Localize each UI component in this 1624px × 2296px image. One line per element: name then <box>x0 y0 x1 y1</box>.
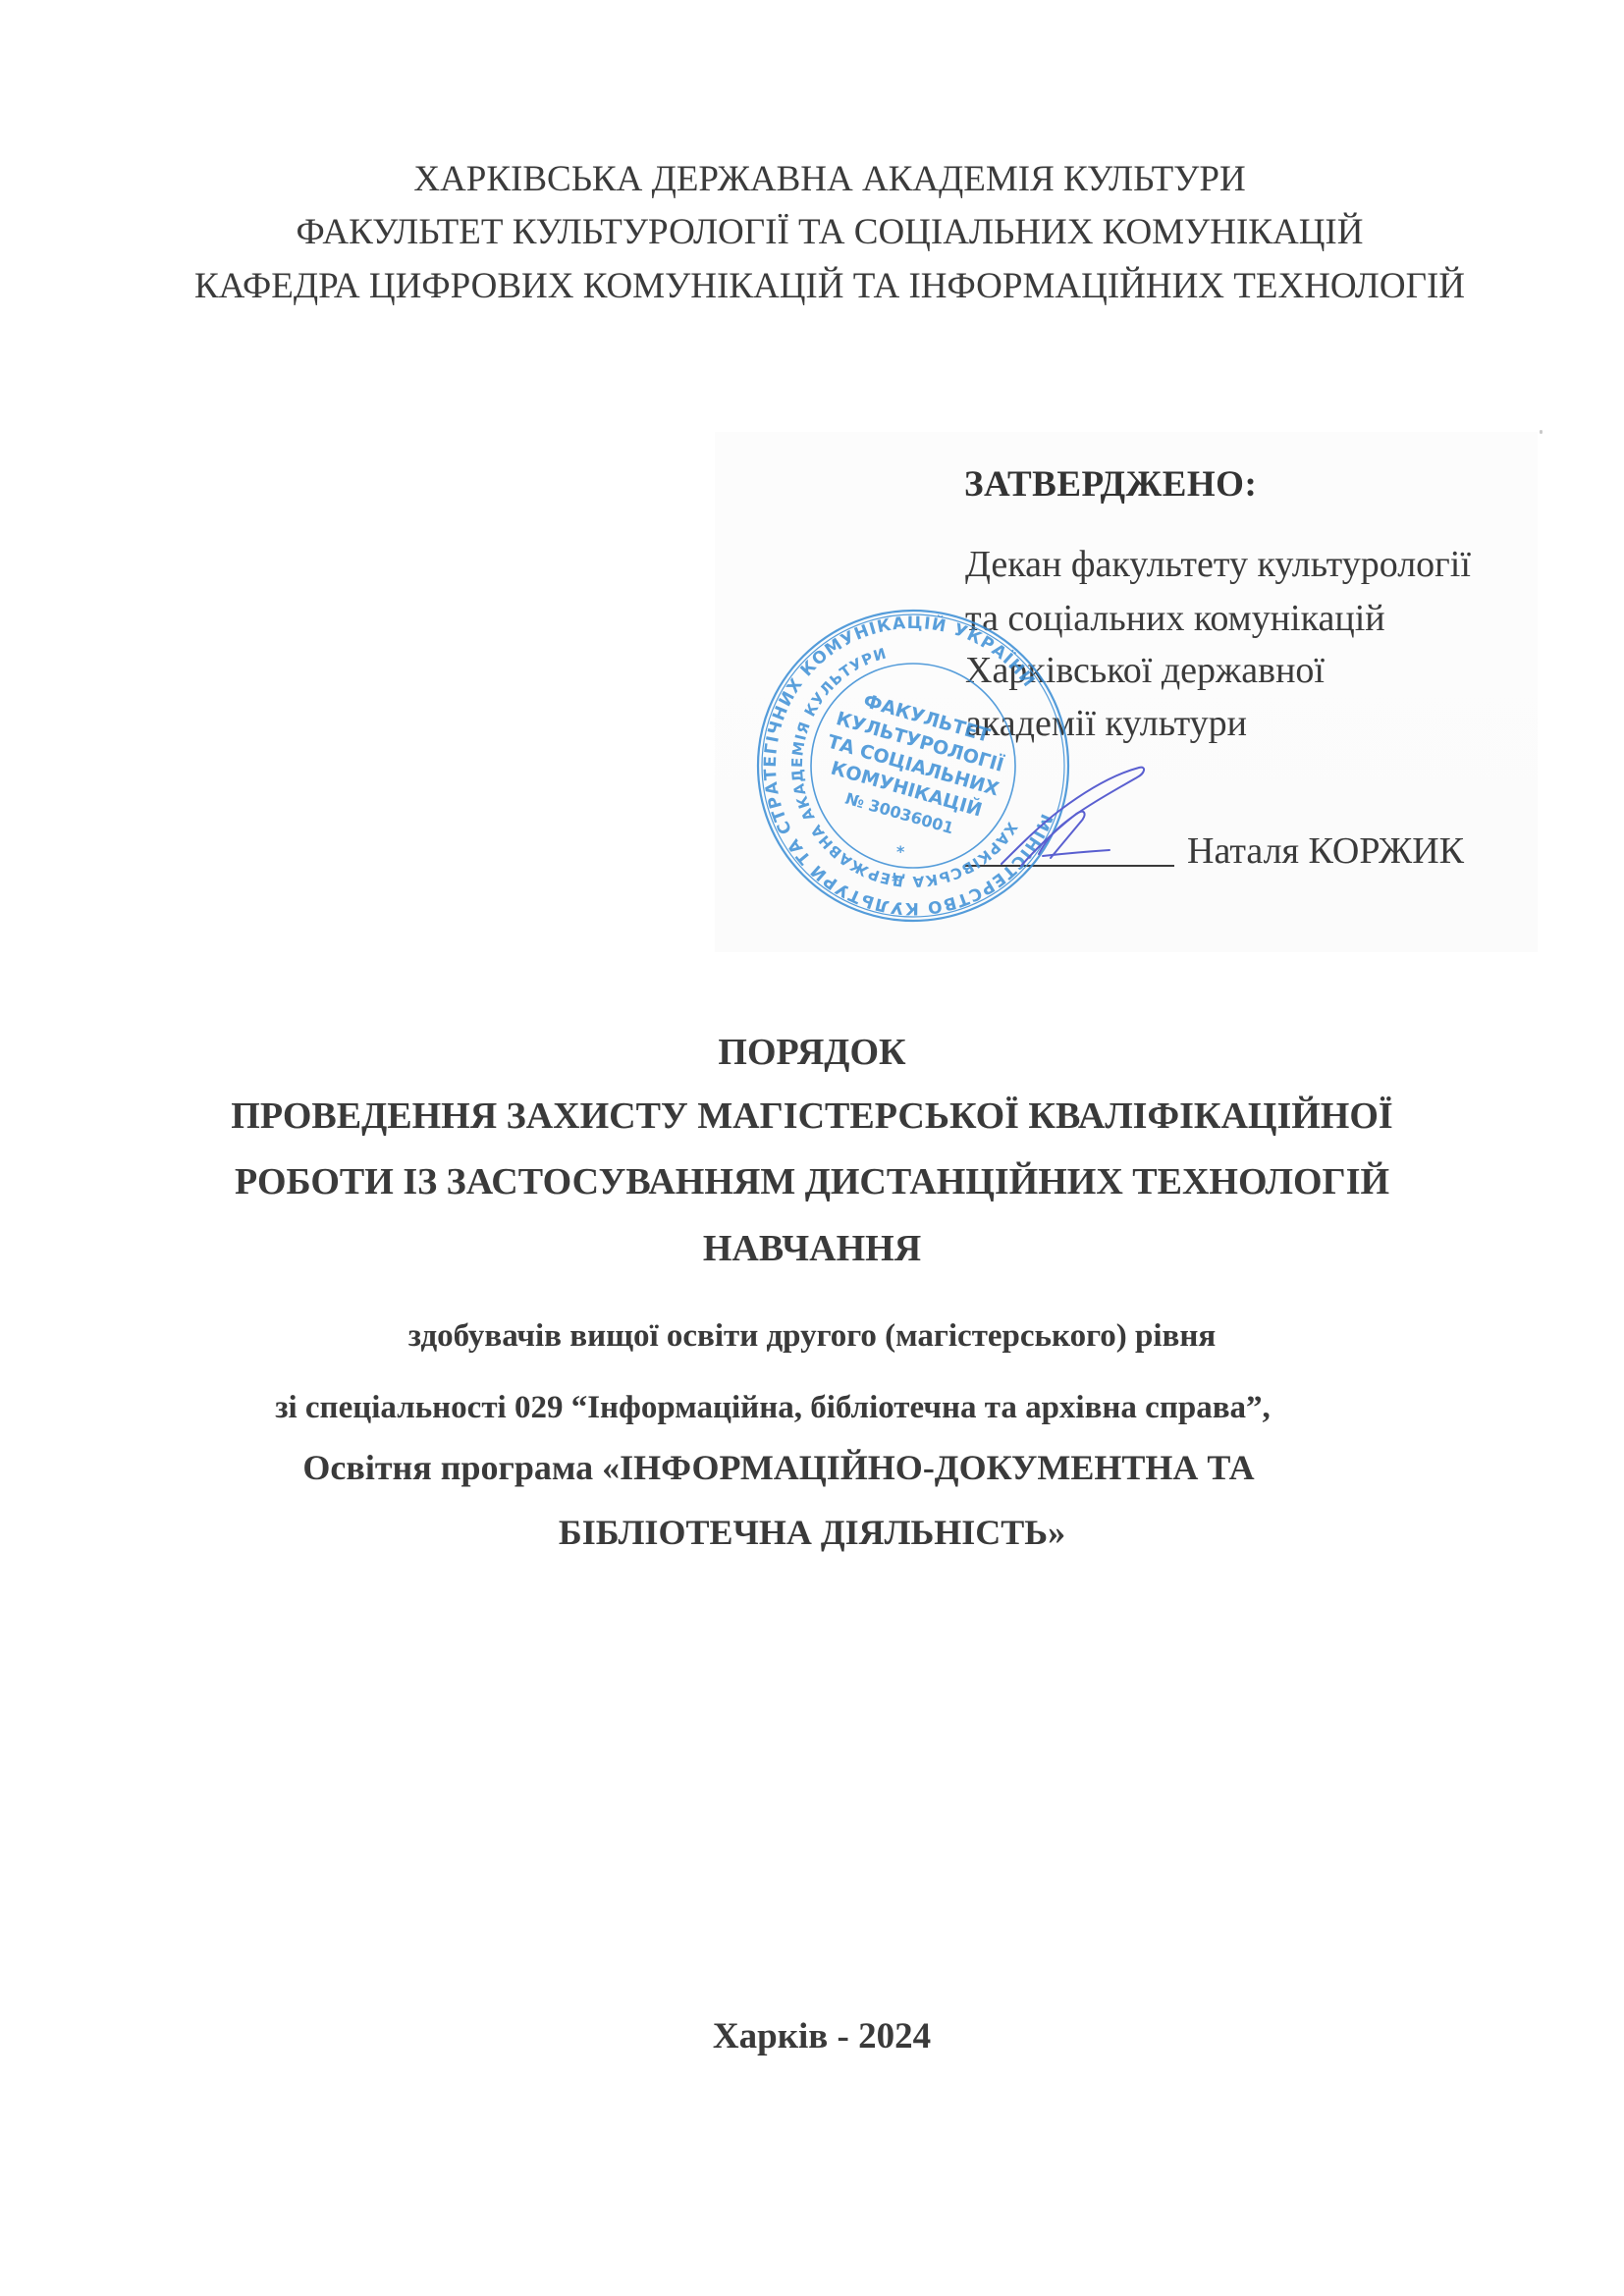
document-subtitle-line: здобувачів вищої освіти другого (магісте… <box>0 1318 1624 1355</box>
educational-program-line: Освітня програма «ІНФОРМАЦІЙНО-ДОКУМЕНТН… <box>0 1447 1591 1488</box>
svg-text:*: * <box>896 842 905 861</box>
document-title: ПОРЯДОК <box>0 1031 1624 1074</box>
signer-name: Наталя КОРЖИК <box>1187 829 1464 873</box>
faculty-name: ФАКУЛЬТЕТ КУЛЬТУРОЛОГІЇ ТА СОЦІАЛЬНИХ КО… <box>18 211 1624 253</box>
document-specialty-line: зі спеціальності 029 “Інформаційна, бібл… <box>0 1390 1585 1426</box>
document-title-line: ПРОВЕДЕННЯ ЗАХИСТУ МАГІСТЕРСЬКОЇ КВАЛІФІ… <box>0 1095 1624 1138</box>
institution-name: ХАРКІВСЬКА ДЕРЖАВНА АКАДЕМІЯ КУЛЬТУРИ <box>18 158 1624 200</box>
department-name: КАФЕДРА ЦИФРОВИХ КОМУНІКАЦІЙ ТА ІНФОРМАЦ… <box>18 265 1624 307</box>
educational-program-line: БІБЛІОТЕЧНА ДІЯЛЬНІСТЬ» <box>0 1512 1624 1553</box>
approval-heading: ЗАТВЕРДЖЕНО: <box>964 463 1257 506</box>
city-year: Харків - 2024 <box>10 2015 1624 2057</box>
document-title-line: РОБОТИ ІЗ ЗАСТОСУВАННЯМ ДИСТАНЦІЙНИХ ТЕХ… <box>0 1160 1624 1203</box>
scan-artifact <box>1540 430 1543 434</box>
approval-position-line: Декан факультету культурології <box>965 543 1471 586</box>
document-title-line: НАВЧАННЯ <box>0 1227 1624 1270</box>
svg-text:*: * <box>892 872 900 890</box>
signature-icon <box>982 756 1149 874</box>
